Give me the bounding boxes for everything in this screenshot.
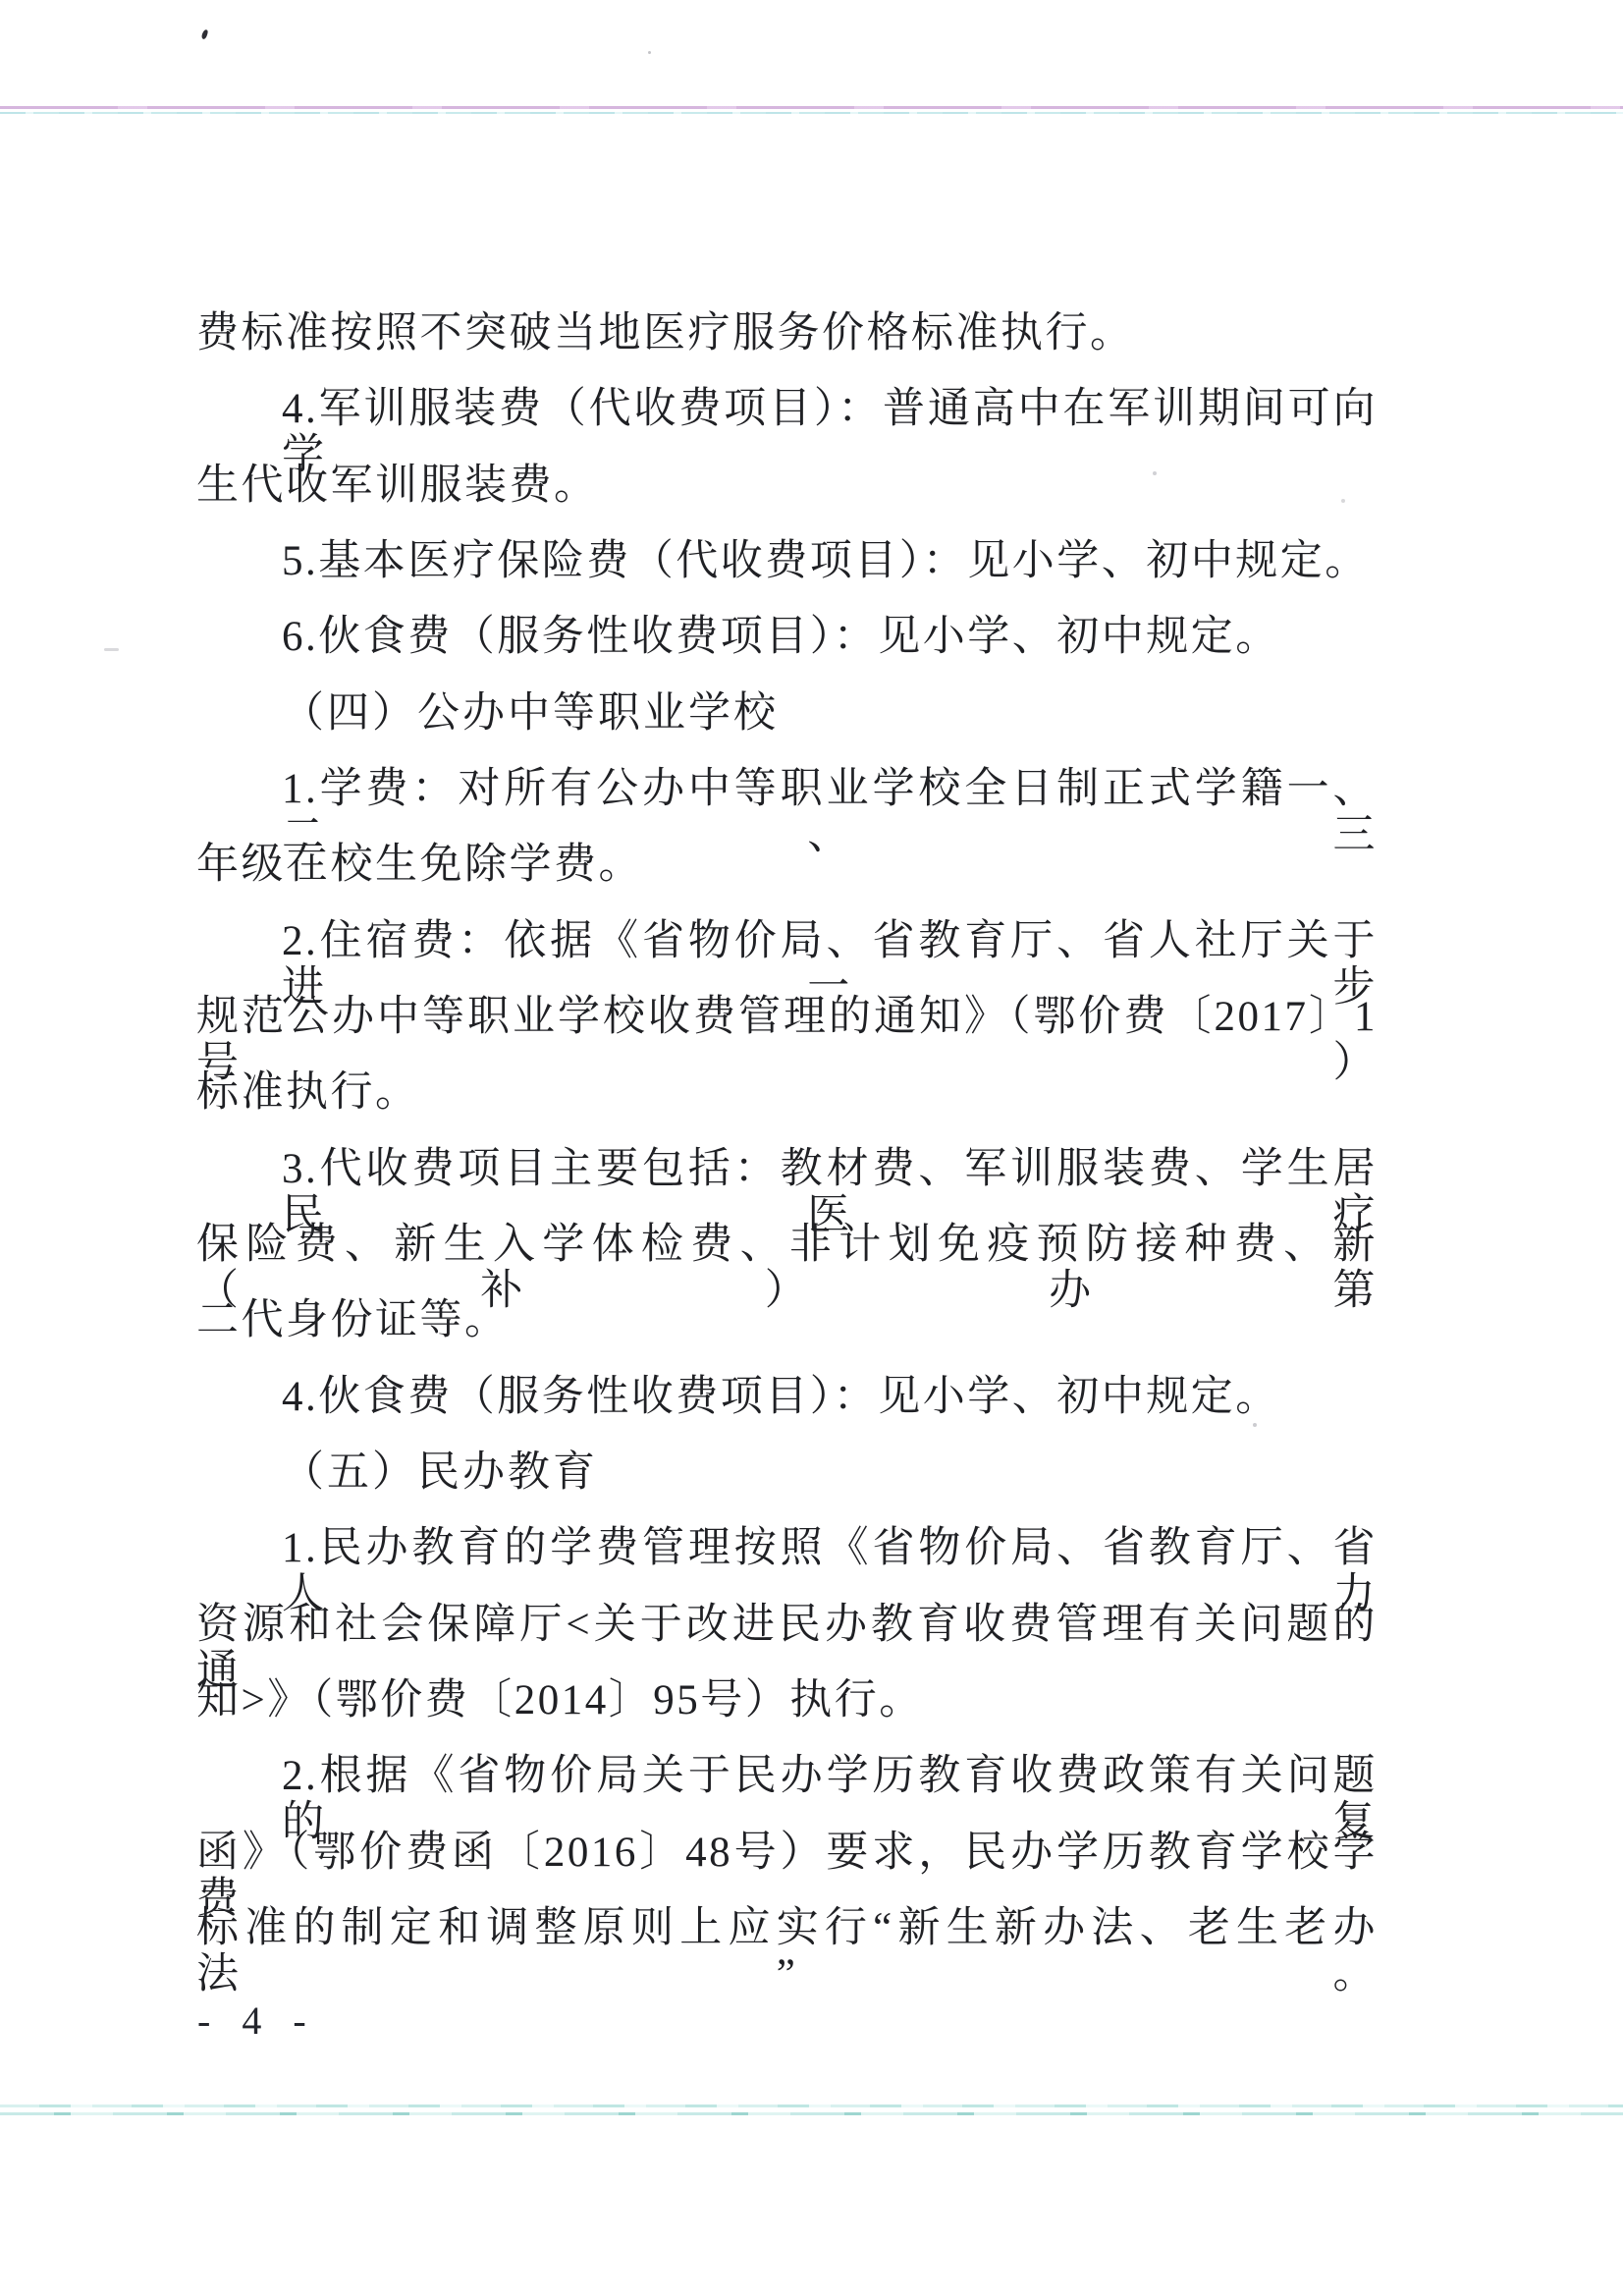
- document-page: 费标准按照不突破当地医疗服务价格标准执行。4.军训服装费（代收费项目）：普通高中…: [0, 0, 1623, 2296]
- text-line: 二代身份证等。: [196, 1297, 1378, 1343]
- text-line: 标准执行。: [196, 1069, 1378, 1116]
- text-line: 费标准按照不突破当地医疗服务价格标准执行。: [196, 310, 1378, 356]
- text-line: 标准的制定和调整原则上应实行“新生新办法、老生老办法”。: [196, 1905, 1378, 1997]
- text-line: 4.伙食费（服务性收费项目）：见小学、初中规定。: [196, 1374, 1378, 1420]
- section-heading: （五）民办教育: [196, 1449, 1378, 1496]
- bottom-rule-upper: [0, 2105, 1623, 2107]
- text-line: 生代收军训服装费。: [196, 463, 1378, 509]
- text-line: 年级在校生免除学费。: [196, 842, 1378, 888]
- text-line: 5.基本医疗保险费（代收费项目）：见小学、初中规定。: [196, 538, 1378, 584]
- bottom-rule-lower: [0, 2112, 1623, 2115]
- document-body: 费标准按照不突破当地医疗服务价格标准执行。4.军训服装费（代收费项目）：普通高中…: [196, 0, 1378, 2296]
- scan-artifact: [104, 648, 119, 651]
- page-number: - 4 -: [197, 1997, 317, 2044]
- section-heading: （四）公办中等职业学校: [196, 690, 1378, 737]
- text-line: 知>》（鄂价费〔2014〕95号）执行。: [196, 1677, 1378, 1723]
- text-line: 6.伙食费（服务性收费项目）：见小学、初中规定。: [196, 614, 1378, 660]
